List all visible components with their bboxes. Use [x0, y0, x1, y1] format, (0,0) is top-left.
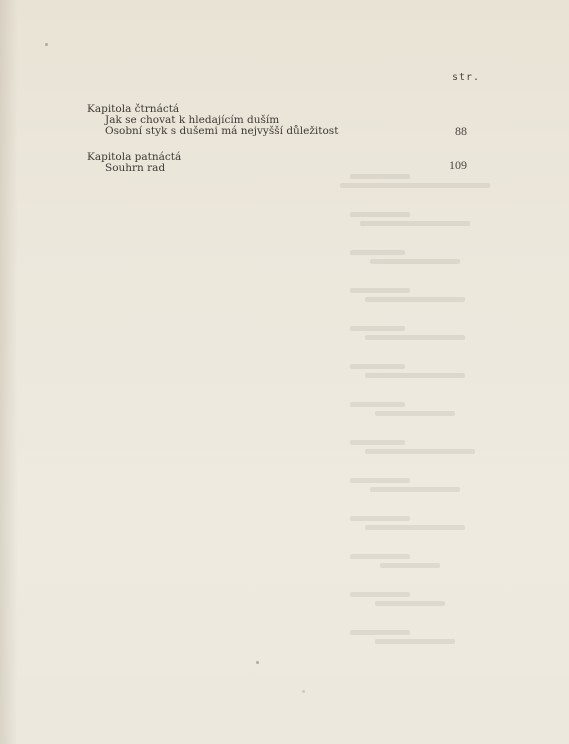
toc-entry: Kapitola čtrnáctá Jak se chovat k hledaj…: [87, 104, 487, 137]
chapter-subtitle: Souhrn rad: [87, 163, 487, 174]
paper-speck: [256, 661, 259, 664]
page-number: 109: [449, 158, 467, 173]
page-column-header: str.: [452, 72, 480, 83]
chapter-subtitle: Osobní styk s dušemi má nejvyšší důležit…: [87, 126, 487, 137]
paper-speck: [45, 43, 48, 46]
document-page: str. Kapitola čtrnáctá Jak se chovat k h…: [0, 0, 569, 744]
page-number: 88: [455, 124, 467, 139]
show-through-text: [300, 170, 530, 664]
toc-entry: Kapitola patnáctá Souhrn rad 109: [87, 152, 487, 174]
paper-speck: [302, 690, 305, 693]
